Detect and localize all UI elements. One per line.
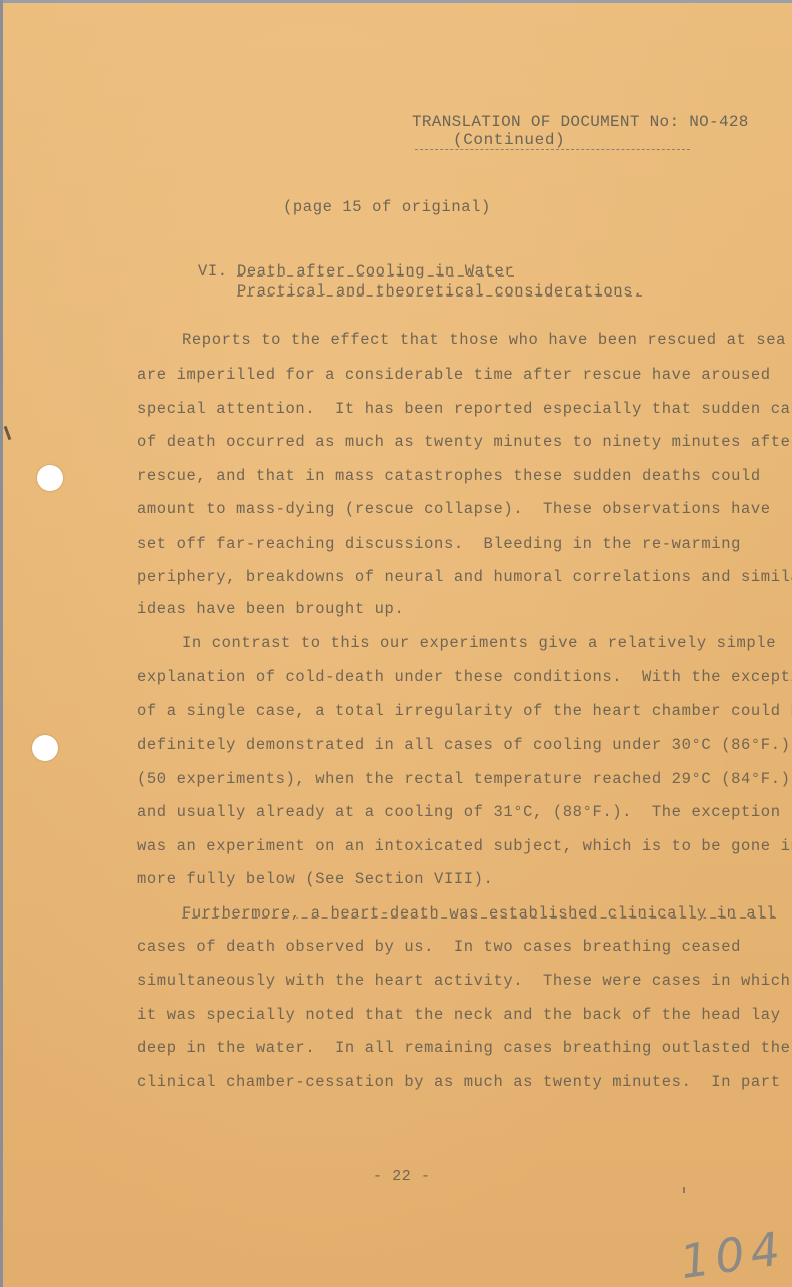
paragraph-line: of a single case, a total irregularity o… bbox=[137, 702, 792, 720]
section-title-line-2: Practical and theoretical considerations… bbox=[237, 282, 643, 300]
paragraph-line: it was specially noted that the neck and… bbox=[137, 1006, 781, 1024]
scan-left-edge bbox=[0, 0, 3, 1287]
paragraph-line: and usually already at a cooling of 31°C… bbox=[137, 803, 781, 821]
paragraph-line: clinical chamber-cessation by as much as… bbox=[137, 1073, 781, 1091]
original-page-reference: (page 15 of original) bbox=[283, 198, 491, 216]
section-title-line-1: Death after Cooling in Water bbox=[237, 262, 514, 280]
paragraph-line: was an experiment on an intoxicated subj… bbox=[137, 837, 792, 855]
document-page: TRANSLATION OF DOCUMENT No: NO-428 (Cont… bbox=[0, 0, 792, 1287]
paragraph-line: deep in the water. In all remaining case… bbox=[137, 1039, 791, 1057]
page-number: - 22 - bbox=[373, 1168, 431, 1185]
punch-hole-icon bbox=[37, 465, 63, 491]
section-number: VI. bbox=[198, 262, 228, 280]
header-underline bbox=[415, 149, 690, 150]
paragraph-line: simultaneously with the heart activity. … bbox=[137, 972, 791, 990]
paragraph-line: of death occurred as much as twenty minu… bbox=[137, 433, 792, 451]
handwritten-folio-number: 104 bbox=[677, 1221, 789, 1287]
paragraph-line: more fully below (See Section VIII). bbox=[137, 870, 493, 888]
paragraph-line: amount to mass-dying (rescue collapse). … bbox=[137, 500, 771, 518]
punch-hole-icon bbox=[32, 735, 58, 761]
paragraph-line: In contrast to this our experiments give… bbox=[182, 634, 776, 652]
paragraph-line: Reports to the effect that those who hav… bbox=[182, 331, 786, 349]
stray-mark bbox=[683, 1187, 685, 1193]
paragraph-line: special attention. It has been reported … bbox=[137, 400, 792, 418]
margin-mark bbox=[4, 426, 12, 440]
paragraph-line: explanation of cold-death under these co… bbox=[137, 668, 792, 686]
document-header-title: TRANSLATION OF DOCUMENT No: NO-428 bbox=[412, 113, 749, 131]
paragraph-line: definitely demonstrated in all cases of … bbox=[137, 736, 792, 754]
document-header-subtitle: (Continued) bbox=[453, 131, 565, 149]
paragraph-line: are imperilled for a considerable time a… bbox=[137, 366, 771, 384]
paragraph-line: (50 experiments), when the rectal temper… bbox=[137, 770, 791, 788]
paragraph-line: periphery, breakdowns of neural and humo… bbox=[137, 568, 792, 586]
paragraph-line: ideas have been brought up. bbox=[137, 600, 404, 618]
paragraph-line: rescue, and that in mass catastrophes th… bbox=[137, 467, 761, 485]
paragraph-line: cases of death observed by us. In two ca… bbox=[137, 938, 741, 956]
scan-top-edge bbox=[0, 0, 792, 3]
paragraph-line: Furthermore, a heart-death was establish… bbox=[182, 904, 776, 922]
paragraph-line: set off far-reaching discussions. Bleedi… bbox=[137, 535, 741, 553]
